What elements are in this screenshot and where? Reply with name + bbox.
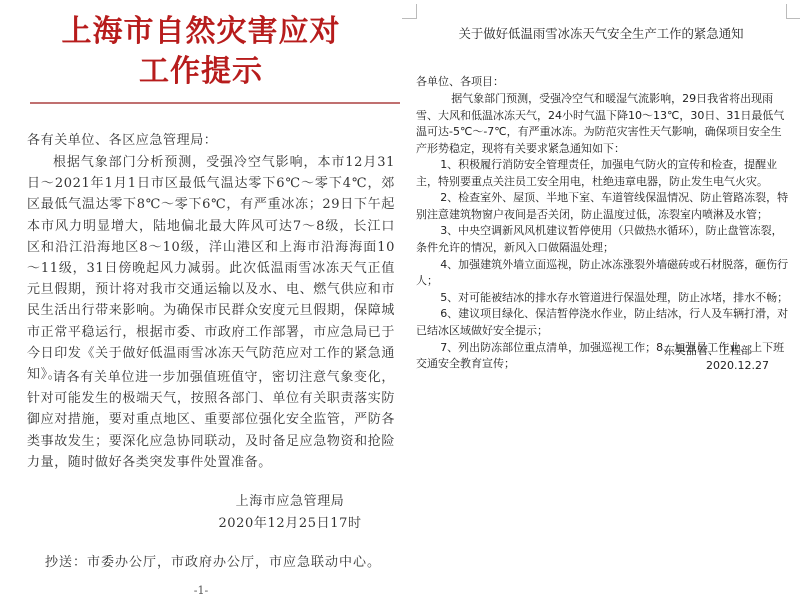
salutation: 各有关单位、各区应急管理局：	[27, 130, 395, 151]
left-document-panel: 上海市自然灾害应对 工作提示 各有关单位、各区应急管理局： 根据气象部门分析预测…	[0, 0, 402, 600]
list-item: 4、加强建筑外墙立面巡视，防止冰冻涨裂外墙磁砖或石材脱落，砸伤行人；	[416, 257, 791, 290]
list-item: 6、建议项目绿化、保洁暂停浇水作业，防止结冰，行人及车辆打滑，对已结冰区域做好安…	[416, 306, 791, 339]
salutation: 各单位、各项目：	[416, 74, 791, 91]
document-title-line-2: 工作提示	[0, 54, 402, 90]
body-paragraph: 请各有关单位进一步加强值班值守，密切注意气象变化，针对可能发生的极端天气，按照各…	[27, 367, 395, 473]
crop-mark-icon	[786, 4, 800, 19]
issuer-name: 上海市应急管理局	[200, 490, 380, 509]
list-item: 2、检查室外、屋顶、半地下室、车道管线保温情况、防止管路冻裂，特别注意建筑物窗户…	[416, 190, 791, 223]
signature-date: 2020.12.27	[706, 359, 769, 372]
crop-mark-icon	[402, 4, 417, 19]
title-divider	[30, 102, 400, 104]
body-paragraph: 根据气象部门分析预测，受强冷空气影响，本市12月31日～2021年1月1日市区最…	[27, 152, 395, 385]
list-item: 5、对可能被结冰的排水存水管道进行保温处理，防止冰堵，排水不畅；	[416, 290, 791, 307]
issue-date: 2020年12月25日17时	[200, 512, 380, 531]
intro-paragraph: 据气象部门预测，受强冷空气和暖湿气流影响，29日我省将出现雨雪、大风和低温冰冻天…	[416, 91, 791, 157]
requirements-list: 1、积极履行消防安全管理责任，加强电气防火的宣传和检查，提醒业主，特别要重点关注…	[416, 157, 791, 373]
right-document-panel: 关于做好低温雨雪冰冻天气安全生产工作的紧急通知 各单位、各项目： 据气象部门预测…	[402, 0, 800, 600]
document-title-line-1: 上海市自然灾害应对	[0, 14, 402, 50]
signer: 东昊品管、工程部	[664, 342, 752, 358]
list-item: 1、积极履行消防安全管理责任，加强电气防火的宣传和检查，提醒业主，特别要重点关注…	[416, 157, 791, 190]
list-item: 3、中央空调新风风机建议暂停使用（只做热水循环），防止盘管冻裂，条件允许的情况，…	[416, 223, 791, 256]
cc-line: 抄送：市委办公厅，市政府办公厅，市应急联动中心。	[45, 551, 381, 570]
notice-title: 关于做好低温雨雪冰冻天气安全生产工作的紧急通知	[402, 24, 800, 42]
page-number: -1-	[0, 584, 402, 597]
